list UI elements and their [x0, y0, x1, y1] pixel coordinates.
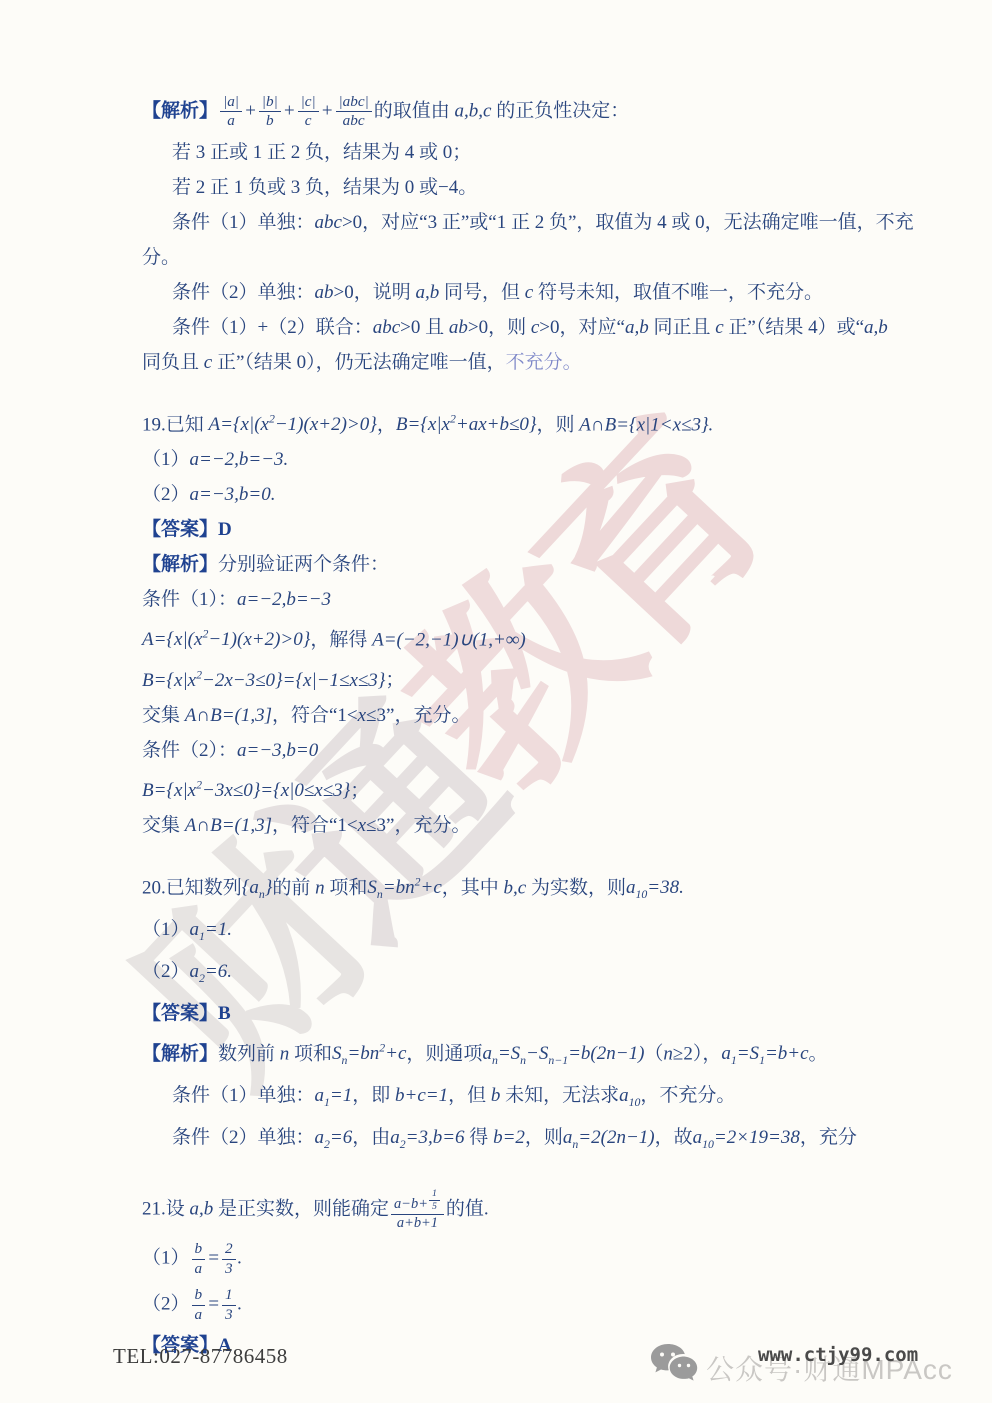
body-text: 20.已知数列: [142, 877, 242, 898]
content-line: （2）ba=13.: [142, 1287, 872, 1323]
math-text: x: [358, 815, 366, 836]
body-text: ，不充分。: [640, 1085, 735, 1106]
body-text: 项和: [325, 877, 368, 898]
body-text: 若 3 正或 1 正 2 负，结果为 4 或 0；: [172, 142, 471, 163]
body-text: ，符合“1<: [272, 815, 358, 836]
body-text: 21.设: [142, 1198, 190, 1219]
body-text: 符号未知，取值不唯一，不充分。: [533, 282, 823, 303]
content-line: 若 2 正 1 负或 3 负，结果为 0 或−4。: [142, 175, 872, 200]
math-text: |abc|: [339, 94, 369, 110]
body-text: ，则通项: [406, 1043, 482, 1064]
content-line: 条件（1）：a=−2,b=−3: [142, 587, 872, 612]
body-text: 条件（1）：: [142, 589, 237, 610]
content-line: 条件（2）单独：ab>0，说明 a,b 同号，但 c 符号未知，取值不唯一，不充…: [142, 280, 872, 305]
math-text: b: [266, 112, 274, 129]
body-text: 数列前: [218, 1043, 280, 1064]
body-text: 的取值由: [374, 100, 455, 121]
body-text: 条件（2）单独：: [172, 282, 315, 303]
fraction: 23: [222, 1241, 236, 1277]
math-text: x: [358, 705, 366, 726]
marker-label: B: [218, 1003, 231, 1024]
math-text: a−b+: [394, 1197, 428, 1213]
body-text: 同负且: [142, 352, 204, 373]
math-text: a2=6.: [190, 961, 232, 982]
content-line: 条件（2）：a=−3,b=0: [142, 738, 872, 763]
math-text: a: [195, 1306, 203, 1323]
math-text: 2: [225, 1241, 233, 1257]
fraction: 15: [429, 1189, 440, 1213]
body-text: ，符合“1<: [272, 705, 358, 726]
body-text: ≥2），: [673, 1043, 721, 1064]
content-line: B={x|x2−2x−3≤0}={x|−1≤x≤3}；: [142, 662, 872, 692]
marker-label: 【解析】: [142, 1043, 218, 1064]
body-text: （1）: [142, 919, 190, 940]
math-text: a=−2,b=−3: [237, 589, 331, 610]
body-text: 交集: [142, 815, 185, 836]
body-text: 分别验证两个条件：: [218, 554, 389, 575]
body-text: ，由: [352, 1127, 390, 1148]
content-line: 同负且 c 正”（结果 0），仍无法确定唯一值，不充分。: [142, 350, 872, 375]
math-text: a10=2×19=38: [693, 1127, 800, 1148]
content-line: 21.设 a,b 是正实数，则能确定a−b+15a+b+1的值.: [142, 1189, 872, 1232]
fraction: |b|b: [259, 94, 281, 130]
math-text: c: [305, 112, 312, 129]
marker-label: 【解析】: [142, 554, 218, 575]
fraction: |a|a: [220, 94, 242, 130]
body-text: ；: [350, 780, 369, 801]
math-text: a: [227, 112, 235, 129]
math-text: an=Sn−Sn−1=b(2n−1): [482, 1043, 644, 1064]
body-text: ，其中: [442, 877, 504, 898]
body-text: >0，说明: [334, 282, 416, 303]
fraction: ba: [192, 1287, 206, 1323]
fraction: a−b+15a+b+1: [391, 1189, 444, 1232]
math-text: a1=1.: [190, 919, 232, 940]
body-text: 的值.: [446, 1198, 489, 1219]
body-text: 若 2 正 1 负或 3 负，结果为 0 或−4。: [172, 177, 477, 198]
body-text: 项和: [289, 1043, 332, 1064]
math-text: +: [283, 100, 296, 121]
highlighted-text: 不充分。: [506, 352, 582, 373]
math-text: a=−3,b=0: [237, 740, 318, 761]
math-text: a2=3,b=6: [390, 1127, 464, 1148]
footer-wechat-block: 公众号·财通MPAcc www.ctjy99.com: [648, 1336, 992, 1396]
math-text: b+c=1: [395, 1085, 448, 1106]
content-line: 若 3 正或 1 正 2 负，结果为 4 或 0；: [142, 140, 872, 165]
content-line: 条件（1）单独：a1=1，即 b+c=1，但 b 未知，无法求a10，不充分。: [142, 1083, 872, 1115]
body-text: 。: [809, 1043, 828, 1064]
math-text: abc: [315, 212, 342, 233]
body-text: 条件（1）+（2）联合：: [172, 317, 373, 338]
body-text: >0 且: [400, 317, 449, 338]
math-text: n: [315, 877, 325, 898]
body-text: ，充分: [800, 1127, 857, 1148]
body-text: （2）: [142, 484, 190, 505]
math-text: =: [207, 1248, 220, 1269]
body-text: 分。: [142, 247, 180, 268]
math-text: Sn=bn2+c: [367, 877, 441, 898]
body-text: 正”（结果 0），仍无法确定唯一值，: [212, 352, 505, 373]
content-line: 交集 A∩B=(1,3]，符合“1<x≤3”，充分。: [142, 703, 872, 728]
content-line: 【解析】数列前 n 项和Sn=bn2+c，则通项an=Sn−Sn−1=b(2n−…: [142, 1036, 872, 1073]
body-text: ，故: [655, 1127, 693, 1148]
marker-label: D: [218, 519, 232, 540]
content-line: （1）ba=23.: [142, 1241, 872, 1277]
math-text: a+b+1: [397, 1215, 438, 1231]
math-text: A∩B=(1,3]: [185, 705, 272, 726]
fraction: ba: [192, 1241, 206, 1277]
math-text: 1: [432, 1189, 437, 1200]
math-text: 3: [225, 1260, 233, 1277]
body-text: 条件（2）单独：: [172, 1127, 315, 1148]
content-line: 条件（1）单独：abc>0，对应“3 正”或“1 正 2 负”，取值为 4 或 …: [142, 210, 872, 235]
math-text: n: [280, 1043, 290, 1064]
marker-label: 【解析】: [142, 100, 218, 121]
math-text: a=−2,b=−3.: [190, 449, 289, 470]
body-text: ，即: [352, 1085, 395, 1106]
body-text: ，但: [448, 1085, 491, 1106]
content-line: 条件（2）单独：a2=6，由a2=3,b=6 得 b=2，则an=2(2n−1)…: [142, 1125, 872, 1157]
body-text: 条件（1）单独：: [172, 212, 315, 233]
content-line: 【答案】D: [142, 517, 872, 542]
fraction: |c|c: [298, 94, 319, 130]
math-text: |b|: [262, 94, 278, 110]
math-text: 1: [225, 1287, 233, 1303]
body-text: ≤3”，充分。: [366, 705, 470, 726]
math-text: c: [525, 282, 533, 303]
content-line: （1）a1=1.: [142, 917, 872, 949]
body-text: ，则: [536, 414, 579, 435]
math-text: 3: [225, 1306, 233, 1323]
math-text: abc: [373, 317, 400, 338]
math-text: |a|: [223, 94, 239, 110]
body-text: 交集: [142, 705, 185, 726]
body-text: 同号，但: [439, 282, 525, 303]
body-text: 正”（结果 4）或“: [724, 317, 864, 338]
math-text: B={x|x2−2x−3≤0}={x|−1≤x≤3}: [142, 670, 385, 691]
math-text: A∩B=(1,3]: [185, 815, 272, 836]
math-text: b: [195, 1287, 203, 1303]
math-text: .: [238, 1248, 243, 1269]
content-line: B={x|x2−3x≤0}={x|0≤x≤3}；: [142, 773, 872, 803]
math-text: a1=S1=b+c: [721, 1043, 808, 1064]
math-text: a,b: [190, 1198, 214, 1219]
math-text: A=(−2,−1)∪(1,+∞): [372, 629, 526, 650]
footer-website: www.ctjy99.com: [758, 1344, 918, 1366]
body-text: ，则: [525, 1127, 563, 1148]
content-line: A={x|(x2−1)(x+2)>0}，解得 A=(−2,−1)∪(1,+∞): [142, 622, 872, 652]
body-text: 19.已知: [142, 414, 209, 435]
math-text: a: [195, 1260, 203, 1277]
body-text: 是正实数，则能确定: [213, 1198, 389, 1219]
marker-label: 【答案】: [142, 519, 218, 540]
math-text: |c|: [301, 94, 316, 110]
math-text: a,b: [864, 317, 888, 338]
math-text: c: [715, 317, 723, 338]
content-line: 交集 A∩B=(1,3]，符合“1<x≤3”，充分。: [142, 813, 872, 838]
fraction: 13: [222, 1287, 236, 1323]
math-text: a,b: [625, 317, 649, 338]
math-text: A={x|(x2−1)(x+2)>0}: [142, 629, 310, 650]
content-line: 分。: [142, 245, 872, 270]
math-text: ab: [315, 282, 334, 303]
math-text: a2=6: [315, 1127, 353, 1148]
body-text: >0，对应“: [539, 317, 625, 338]
math-text: ab: [449, 317, 468, 338]
content-line: 【答案】B: [142, 1001, 872, 1026]
body-text: （: [644, 1043, 663, 1064]
math-text: B={x|x2+ax+b≤0}: [396, 414, 537, 435]
body-text: >0，对应“3 正”或“1 正 2 负”，取值为 4 或 0，无法确定唯一值，不…: [342, 212, 914, 233]
math-text: a10=38.: [626, 877, 684, 898]
math-text: 5: [432, 1201, 437, 1212]
body-text: ，解得: [310, 629, 372, 650]
math-text: c: [204, 352, 212, 373]
content-line: 【解析】|a|a+|b|b+|c|c+|abc|abc的取值由 a,b,c 的正…: [142, 94, 872, 130]
fraction: |abc|abc: [336, 94, 372, 130]
body-text: ≤3”，充分。: [366, 815, 470, 836]
body-text: （2）: [142, 961, 190, 982]
math-text: a=−3,b=0.: [190, 484, 276, 505]
body-text: 的前: [272, 877, 315, 898]
math-text: b: [491, 1085, 501, 1106]
content-line: 19.已知 A={x|(x2−1)(x+2)>0}，B={x|x2+ax+b≤0…: [142, 407, 872, 437]
marker-label: 【答案】: [142, 1003, 218, 1024]
body-text: ，: [377, 414, 396, 435]
body-text: 未知，无法求: [500, 1085, 619, 1106]
math-text: +: [321, 100, 334, 121]
footer-phone: TEL:027-87786458: [113, 1344, 288, 1369]
body-text: 得: [465, 1127, 494, 1148]
content-line: 20.已知数列{an}的前 n 项和Sn=bn2+c，其中 b,c 为实数，则a…: [142, 870, 872, 907]
math-text: b,c: [504, 877, 527, 898]
math-text: a,b,c: [455, 100, 492, 121]
math-text: +: [244, 100, 257, 121]
math-text: n: [663, 1043, 673, 1064]
math-text: =: [207, 1293, 220, 1314]
content-line: 条件（1）+（2）联合：abc>0 且 ab>0，则 c>0，对应“a,b 同正…: [142, 315, 872, 340]
math-text: b: [195, 1241, 203, 1257]
wechat-icon: [648, 1342, 702, 1388]
body-text: 为实数，则: [526, 877, 626, 898]
math-text: Sn=bn2+c: [332, 1043, 406, 1064]
math-text: A={x|(x2−1)(x+2)>0}: [209, 414, 377, 435]
math-text: .: [238, 1293, 243, 1314]
body-text: 的正负性决定：: [491, 100, 629, 121]
content-line: （1）a=−2,b=−3.: [142, 447, 872, 472]
body-text: （2）: [142, 1293, 190, 1314]
math-text: an=2(2n−1): [563, 1127, 655, 1148]
math-text: a1=1: [315, 1085, 353, 1106]
body-text: （1）: [142, 1248, 190, 1269]
solution-content: 【解析】|a|a+|b|b+|c|c+|abc|abc的取值由 a,b,c 的正…: [142, 94, 872, 1368]
math-text: B={x|x2−3x≤0}={x|0≤x≤3}: [142, 780, 350, 801]
body-text: 同正且: [649, 317, 716, 338]
math-text: A∩B={x|1<x≤3}.: [579, 414, 713, 435]
body-text: >0，则: [468, 317, 531, 338]
math-text: b=2: [493, 1127, 525, 1148]
body-text: 条件（1）单独：: [172, 1085, 315, 1106]
content-line: （2）a=−3,b=0.: [142, 482, 872, 507]
body-text: （1）: [142, 449, 190, 470]
math-text: a,b: [415, 282, 439, 303]
body-text: 条件（2）：: [142, 740, 237, 761]
math-text: {an}: [242, 877, 273, 898]
content-line: 【解析】分别验证两个条件：: [142, 552, 872, 577]
content-line: （2）a2=6.: [142, 959, 872, 991]
math-text: a10: [619, 1085, 640, 1106]
math-text: abc: [343, 112, 365, 129]
body-text: ；: [385, 670, 404, 691]
